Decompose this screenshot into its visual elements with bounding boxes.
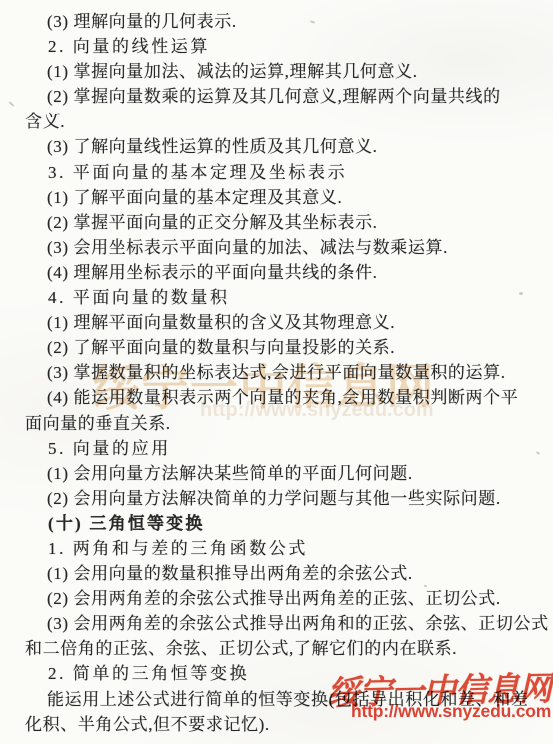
- section-heading: 4. 平面向量的数量积: [25, 285, 553, 310]
- text-line: (1) 了解平面向量的基本定理及其意义.: [25, 185, 553, 210]
- scanned-document-page: (3) 理解向量的几何表示. 2. 向量的线性运算 (1) 掌握向量加法、减法的…: [0, 0, 553, 744]
- text-line: (1) 理解平面向量数量积的含义及其物理意义.: [25, 310, 553, 335]
- text-line: (2) 掌握向量数乘的运算及其几何意义,理解两个向量共线的: [25, 84, 553, 109]
- text-line: (3) 会用坐标表示平面向量的加法、减法与数乘运算.: [25, 235, 553, 260]
- section-heading: 1. 两角和与差的三角函数公式: [25, 536, 553, 561]
- text-line: (2) 会用两角差的余弦公式推导出两角差的正弦、正切公式.: [25, 586, 553, 611]
- chapter-heading: (十) 三角恒等变换: [25, 511, 553, 536]
- scan-speck: [8, 101, 15, 107]
- faded-url-watermark: http://www.snyzedu.com: [200, 399, 434, 422]
- text-line: (3) 理解向量的几何表示.: [25, 9, 553, 34]
- text-line: (3) 会用两角差的余弦公式推导出两角和的正弦、余弦、正切公式: [25, 611, 553, 636]
- text-line: (4) 理解用坐标表示的平面向量共线的条件.: [25, 260, 553, 285]
- text-line: (3) 了解向量线性运算的性质及其几何意义.: [25, 134, 553, 159]
- section-heading: 5. 向量的应用: [25, 436, 553, 461]
- text-line: (2) 掌握平面向量的正交分解及其坐标表示.: [25, 210, 553, 235]
- text-line: 和二倍角的正弦、余弦、正切公式,了解它们的内在联系.: [25, 636, 553, 661]
- section-heading: 2. 向量的线性运算: [25, 34, 553, 59]
- text-line: 含义.: [25, 109, 553, 134]
- text-line: (1) 会用向量的数量积推导出两角差的余弦公式.: [25, 561, 553, 586]
- site-url-watermark: http://www.snyzedu.com: [351, 701, 551, 722]
- text-line: (1) 会用向量方法解决某些简单的平面几何问题.: [25, 461, 553, 486]
- text-line: (2) 会用向量方法解决简单的力学问题与其他一些实际问题.: [25, 486, 553, 511]
- section-heading: 3. 平面向量的基本定理及坐标表示: [25, 160, 553, 185]
- text-line: (1) 掌握向量加法、减法的运算,理解其几何意义.: [25, 59, 553, 84]
